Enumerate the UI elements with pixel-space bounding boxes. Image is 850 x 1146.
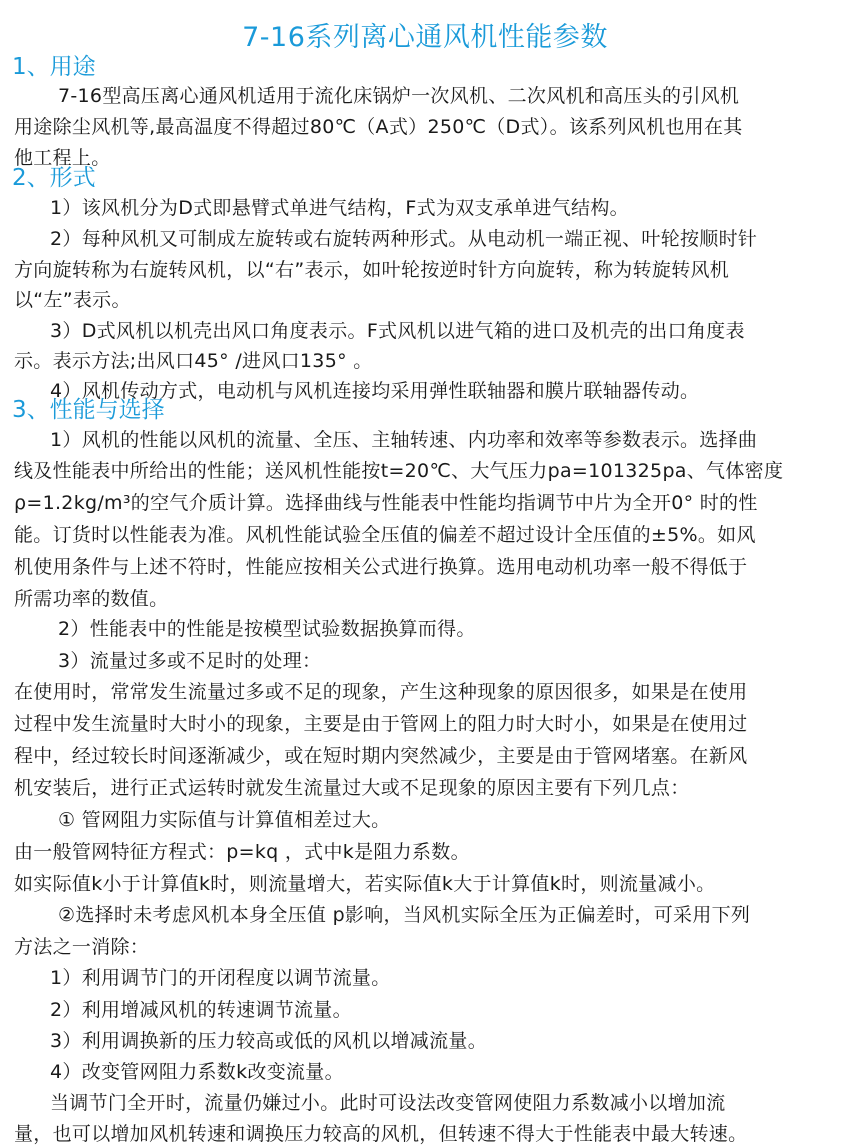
- paragraph-line: 能。订货时以性能表为准。风机性能试验全压值的偏差不超过设计全压值的±5%。如风: [14, 521, 756, 549]
- paragraph-line: 当调节门全开时，流量仍嫌过小。此时可设法改变管网使阻力系数减小以增加流: [50, 1089, 726, 1117]
- paragraph-line: 1）利用调节门的开闭程度以调节流量。: [50, 964, 391, 992]
- paragraph-line: 方向旋转称为右旋转风机，以“右”表示，如叶轮按逆时针方向旋转，称为转旋转风机: [14, 256, 729, 284]
- section-heading-form: 2、形式: [12, 163, 96, 193]
- paragraph-line: 如实际值k小于计算值k时，则流量增大，若实际值k大于计算值k时，则流量减小。: [14, 870, 715, 898]
- paragraph-line: 1）风机的性能以风机的流量、全压、主轴转速、内功率和效率等参数表示。选择曲: [50, 426, 757, 454]
- paragraph-line: 1）该风机分为D式即悬臂式单进气结构，F式为双支承单进气结构。: [50, 194, 629, 222]
- paragraph-line: 由一般管网特征方程式：p=kq ，式中k是阻力系数。: [14, 838, 470, 866]
- paragraph-line: 4）改变管网阻力系数k改变流量。: [50, 1058, 344, 1086]
- paragraph-line: 所需功率的数值。: [14, 585, 168, 613]
- paragraph-line: 程中，经过较长时间逐渐减少，或在短时期内突然减少，主要是由于管网堵塞。在新风: [14, 742, 747, 770]
- paragraph-line: 7-16型高压离心通风机适用于流化床锅炉一次风机、二次风机和高压头的引风机: [58, 82, 739, 110]
- paragraph-line: ① 管网阻力实际值与计算值相差过大。: [58, 806, 390, 834]
- page-title: 7-16系列离心通风机性能参数: [0, 20, 850, 56]
- paragraph-line: 3）流量过多或不足时的处理：: [58, 647, 321, 675]
- paragraph-line: 3）利用调换新的压力较高或低的风机以增减流量。: [50, 1027, 487, 1055]
- paragraph-line: 2）性能表中的性能是按模型试验数据换算而得。: [58, 615, 476, 643]
- section-heading-performance: 3、性能与选择: [12, 395, 165, 425]
- paragraph-line: 2）利用增减风机的转速调节流量。: [50, 996, 352, 1024]
- paragraph-line: 2）每种风机又可制成左旋转或右旋转两种形式。从电动机一端正视、叶轮按顺时针: [50, 225, 757, 253]
- paragraph-line: 机使用条件与上述不符时，性能应按相关公式进行换算。选用电动机功率一般不得低于: [14, 553, 747, 581]
- paragraph-line: 以“左”表示。: [14, 286, 131, 314]
- section-heading-usage: 1、用途: [12, 52, 96, 82]
- paragraph-line: ②选择时未考虑风机本身全压值 p影响，当风机实际全压为正偏差时，可采用下列: [58, 901, 750, 929]
- paragraph-line: 示。表示方法;出风口45° /进风口135° 。: [14, 347, 373, 375]
- paragraph-line: 3）D式风机以机壳出风口角度表示。F式风机以进气箱的进口及机壳的出口角度表: [50, 317, 745, 345]
- paragraph-line: ρ=1.2kg/m³的空气介质计算。选择曲线与性能表中性能均指调节中片为全开0°…: [14, 489, 758, 517]
- paragraph-line: 过程中发生流量时大时小的现象，主要是由于管网上的阻力时大时小，如果是在使用过: [14, 710, 747, 738]
- paragraph-line: 机安装后，进行正式运转时就发生流量过大或不足现象的原因主要有下列几点：: [14, 774, 690, 802]
- paragraph-line: 量，也可以增加风机转速和调换压力较高的风机，但转速不得大于性能表中最大转速。: [14, 1120, 747, 1146]
- paragraph-line: 线及性能表中所给出的性能；送风机性能按t=20℃、大气压力pa=101325pa…: [14, 457, 783, 485]
- paragraph-line: 方法之一消除：: [14, 933, 149, 961]
- paragraph-line: 用途除尘风机等,最高温度不得超过80℃（A式）250℃（D式）。该系列风机也用在…: [14, 113, 743, 141]
- paragraph-line: 在使用时，常常发生流量过多或不足的现象，产生这种现象的原因很多，如果是在使用: [14, 678, 747, 706]
